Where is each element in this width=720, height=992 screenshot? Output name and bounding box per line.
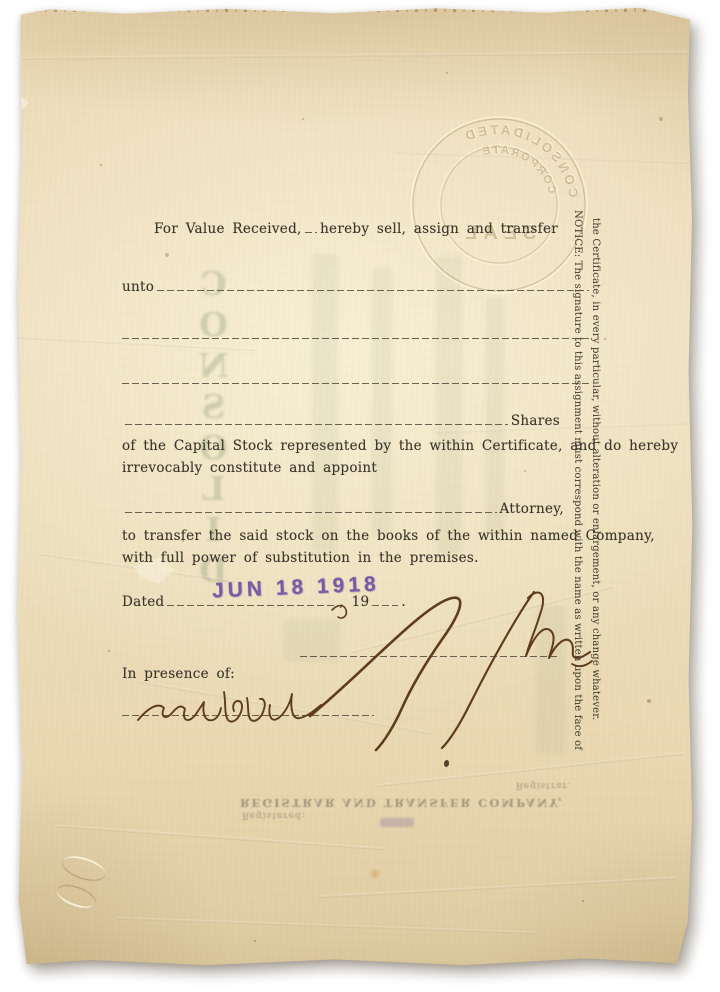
edge-tear: [16, 92, 29, 116]
showthrough-stamp-smudge: [380, 818, 414, 827]
paper-crease: [56, 824, 385, 850]
value-received-line: For Value Received, hereby sell, assign …: [154, 216, 558, 237]
assignor-name-blank: [305, 232, 317, 233]
shares-label: Shares: [511, 413, 560, 429]
unto-line: unto: [122, 274, 592, 295]
witness-signature: [134, 678, 324, 733]
paper-crease: [16, 51, 694, 60]
ink-fleck: [444, 760, 449, 767]
premises-text: with full power of substitution in the p…: [122, 550, 479, 566]
stain: [368, 868, 382, 880]
paper-specks: [16, 6, 18, 8]
notice-text-line1: NOTICE: The signature to this assignment…: [572, 210, 583, 762]
attorney-line: Attorney,: [122, 496, 564, 517]
attorney-label: Attorney,: [500, 501, 564, 517]
showthrough-registrar-label: Registrar.: [516, 780, 571, 790]
embossed-corporate-seal: CONSOLIDATED CONSOLIDATED CORPORATE CORP…: [404, 110, 594, 300]
attorney-name-blank: [125, 512, 497, 513]
showthrough-registered-label: Registered:: [242, 810, 306, 820]
paper-crease: [116, 917, 536, 935]
blank-ruled-line: [122, 338, 592, 339]
notice-text-line2: the Certificate, in every particular, wi…: [590, 218, 601, 770]
value-received-prefix: For Value Received,: [154, 221, 302, 237]
scanned-document: CONSOLID CONSOLIDATED CONSOLIDATED CORPO…: [0, 0, 720, 992]
certificate-back-page: CONSOLID CONSOLIDATED CONSOLIDATED CORPO…: [16, 6, 694, 968]
paper-crease: [316, 877, 676, 899]
unto-label: unto: [122, 279, 154, 295]
corner-curl-mark: [60, 852, 108, 885]
corner-curl-mark: [54, 882, 98, 913]
value-received-suffix: hereby sell, assign and transfer: [320, 221, 558, 237]
assignee-name-blank: [157, 290, 589, 291]
appoint-text: irrevocably constitute and appoint: [122, 460, 377, 476]
blank-ruled-line: [122, 383, 592, 384]
shares-count-blank: [125, 424, 508, 425]
shares-line: Shares: [122, 408, 560, 429]
showthrough-registrar-line: REGISTRAR AND TRANSFER COMPANY,: [240, 796, 564, 810]
dated-label: Dated: [122, 594, 164, 610]
